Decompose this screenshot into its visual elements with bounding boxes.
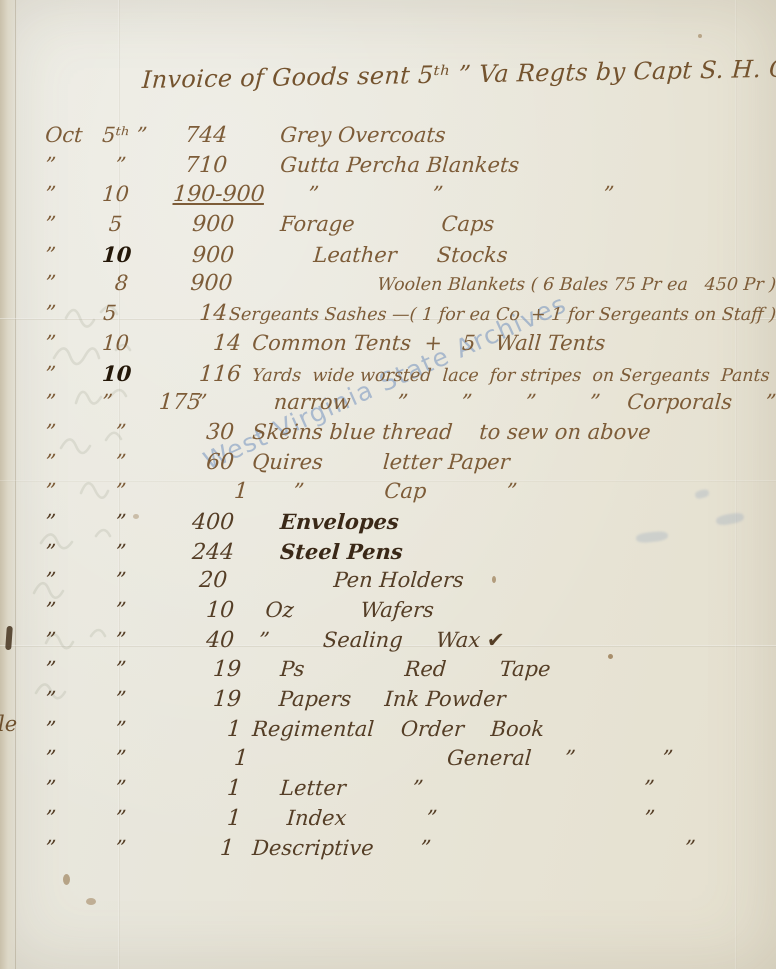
row-month: ”: [44, 479, 103, 503]
row-qty: 400: [184, 510, 281, 535]
invoice-row: ” ” 1 ” Cap ”: [0, 479, 776, 509]
row-month: ”: [44, 568, 103, 592]
fox-spot: [698, 34, 702, 38]
invoice-row: ” ” 60 Quires letter Paper: [0, 450, 776, 480]
row-desc: Oz Wafers: [251, 598, 434, 622]
row-month: ”: [44, 806, 103, 830]
row-desc: Yards wide worsted lace for stripes on S…: [251, 366, 770, 386]
row-day: ”: [101, 687, 186, 711]
row-month: ”: [44, 746, 103, 770]
row-qty: 900: [183, 271, 279, 296]
row-desc: Papers Ink Powder: [251, 687, 506, 711]
document-title: Invoice of Goods sent 5ᵗʰ ” Va Regts by …: [141, 54, 776, 94]
row-qty: 900: [184, 243, 281, 268]
row-desc: Letter ” ”: [279, 776, 655, 800]
row-month: ”: [44, 301, 97, 325]
row-month: ”: [44, 271, 102, 295]
row-desc: ” narrow ” ” ” ” Corporals ”: [196, 390, 776, 414]
row-day: ”: [101, 450, 186, 474]
row-desc: ” Sealing Wax ✔: [251, 628, 505, 652]
row-day: ”: [101, 479, 186, 503]
row-desc: Leather Stocks: [279, 243, 508, 267]
row-qty: 244: [184, 540, 281, 565]
row-month: ”: [44, 657, 103, 681]
row-month: ”: [44, 390, 89, 414]
row-day: 10: [101, 331, 186, 355]
row-day: ”: [101, 568, 186, 592]
row-month: ”: [44, 510, 103, 534]
row-desc: Sergeants Sashes —( 1 for ea Co + 1 for …: [228, 305, 776, 325]
row-month: ”: [44, 628, 103, 652]
row-desc: Descriptive ” ”: [251, 836, 696, 860]
row-month: ”: [44, 776, 103, 800]
invoice-row: ” 5 14 Sergeants Sashes —( 1 for ea Co +…: [0, 301, 776, 331]
invoice-row: ” ” 400 Envelopes: [0, 509, 776, 539]
row-desc: ” ” ”: [267, 182, 615, 206]
invoice-row: ” 10 116 Yards wide worsted lace for str…: [0, 361, 776, 391]
invoice-row: ” ” 1 Letter ” ”: [0, 776, 776, 806]
row-day: 10: [101, 242, 186, 267]
invoice-row: Oct 5ᵗʰ ” 744 Grey Overcoats: [0, 123, 776, 153]
invoice-row: ” 5 900 Forage Caps: [0, 212, 776, 242]
fox-spot: [86, 898, 96, 905]
fox-spot: [63, 874, 70, 885]
row-month: ”: [44, 836, 103, 860]
row-qty: 20: [184, 568, 281, 593]
row-month: ”: [44, 212, 103, 236]
row-desc: Grey Overcoats: [279, 123, 446, 147]
row-qty: 1: [184, 479, 281, 504]
row-desc: Forage Caps: [279, 212, 495, 236]
invoice-row: ” 10 190-900 ” ” ”: [0, 182, 776, 212]
row-month: ”: [44, 362, 103, 386]
row-day: ”: [101, 836, 186, 860]
row-day: 5: [101, 212, 186, 236]
row-qty: 19: [184, 657, 281, 682]
document-sheet: le West Virginia State Archives Invoice …: [0, 0, 776, 969]
invoice-row: ” 8 900 Woolen Blankets ( 6 Bales 75 Pr …: [0, 271, 776, 301]
row-desc: Skeins blue thread to sew on above: [251, 420, 651, 444]
row-desc: Steel Pens: [279, 539, 403, 564]
row-desc: ” Cap ”: [279, 479, 518, 503]
row-day: ”: [101, 420, 186, 444]
invoice-row: ” ” 175 ” narrow ” ” ” ” Corporals ”: [0, 390, 776, 420]
invoice-row: ” ” 10 Oz Wafers: [0, 598, 776, 628]
row-day: ”: [101, 598, 186, 622]
row-day: ”: [88, 390, 153, 414]
row-day: ”: [101, 657, 186, 681]
invoice-row: ” ” 19 Ps Red Tape: [0, 657, 776, 687]
row-month: ”: [44, 420, 103, 444]
row-desc: Regimental Order Book: [251, 717, 545, 741]
invoice-row: ” ” 1 Index ” ”: [0, 806, 776, 836]
row-month: ”: [44, 598, 103, 622]
invoice-row: ” ” 1 Descriptive ” ”: [0, 836, 776, 866]
row-qty: 900: [184, 212, 281, 237]
row-desc: Index ” ”: [279, 806, 655, 830]
row-qty: 744: [184, 123, 281, 148]
invoice-row: ” ” 19 Papers Ink Powder: [0, 687, 776, 717]
row-day: ”: [101, 540, 186, 564]
row-desc: Gutta Percha Blankets: [279, 153, 520, 177]
row-qty: 1: [184, 746, 281, 771]
row-qty: 710: [184, 153, 281, 178]
invoice-row: ” ” 1 Regimental Order Book: [0, 717, 776, 747]
invoice-row: ” ” 710 Gutta Percha Blankets: [0, 153, 776, 183]
row-month: ”: [44, 182, 103, 206]
row-qty: 1: [184, 806, 281, 831]
invoice-row: ” 10 900 Leather Stocks: [0, 242, 776, 272]
invoice-row: ” ” 1 General ” ”: [0, 746, 776, 776]
row-desc: Common Tents + 5 Wall Tents: [251, 331, 606, 355]
invoice-row: ” 10 14 Common Tents + 5 Wall Tents: [0, 331, 776, 361]
row-day: 5ᵗʰ ”: [101, 123, 186, 147]
row-qty: 190-900: [172, 182, 269, 207]
row-day: ”: [101, 806, 186, 830]
row-desc: Pen Holders: [279, 568, 464, 592]
row-desc: Ps Red Tape: [279, 657, 551, 681]
row-desc: Quires letter Paper: [251, 450, 510, 474]
row-month: ”: [44, 687, 103, 711]
row-month: ”: [44, 331, 103, 355]
row-month: ”: [44, 540, 103, 564]
row-desc: Envelopes: [279, 509, 399, 534]
row-desc: General ” ”: [279, 746, 674, 770]
invoice-row: ” ” 20 Pen Holders: [0, 568, 776, 598]
row-day: 10: [101, 361, 186, 386]
row-day: ”: [101, 510, 186, 534]
row-day: ”: [101, 717, 186, 741]
row-month: ”: [44, 450, 103, 474]
row-month: ”: [44, 243, 103, 267]
row-day: ”: [101, 776, 186, 800]
row-desc: Woolen Blankets ( 6 Bales 75 Pr ea 450 P…: [276, 275, 776, 295]
row-day: ”: [101, 746, 186, 770]
row-qty: 1: [184, 776, 281, 801]
row-month: Oct: [44, 123, 103, 147]
invoice-row: ” ” 40 ” Sealing Wax ✔: [0, 628, 776, 658]
row-day: 8: [101, 271, 185, 295]
row-day: ”: [101, 153, 186, 177]
row-month: ”: [44, 153, 103, 177]
invoice-row: ” ” 244 Steel Pens: [0, 539, 776, 569]
invoice-rows: Oct 5ᵗʰ ” 744 Grey Overcoats ” ” 710 Gut…: [0, 123, 776, 865]
row-day: ”: [101, 628, 186, 652]
invoice-row: ” ” 30 Skeins blue thread to sew on abov…: [0, 420, 776, 450]
row-day: 5: [96, 301, 173, 325]
row-month: ”: [44, 717, 103, 741]
